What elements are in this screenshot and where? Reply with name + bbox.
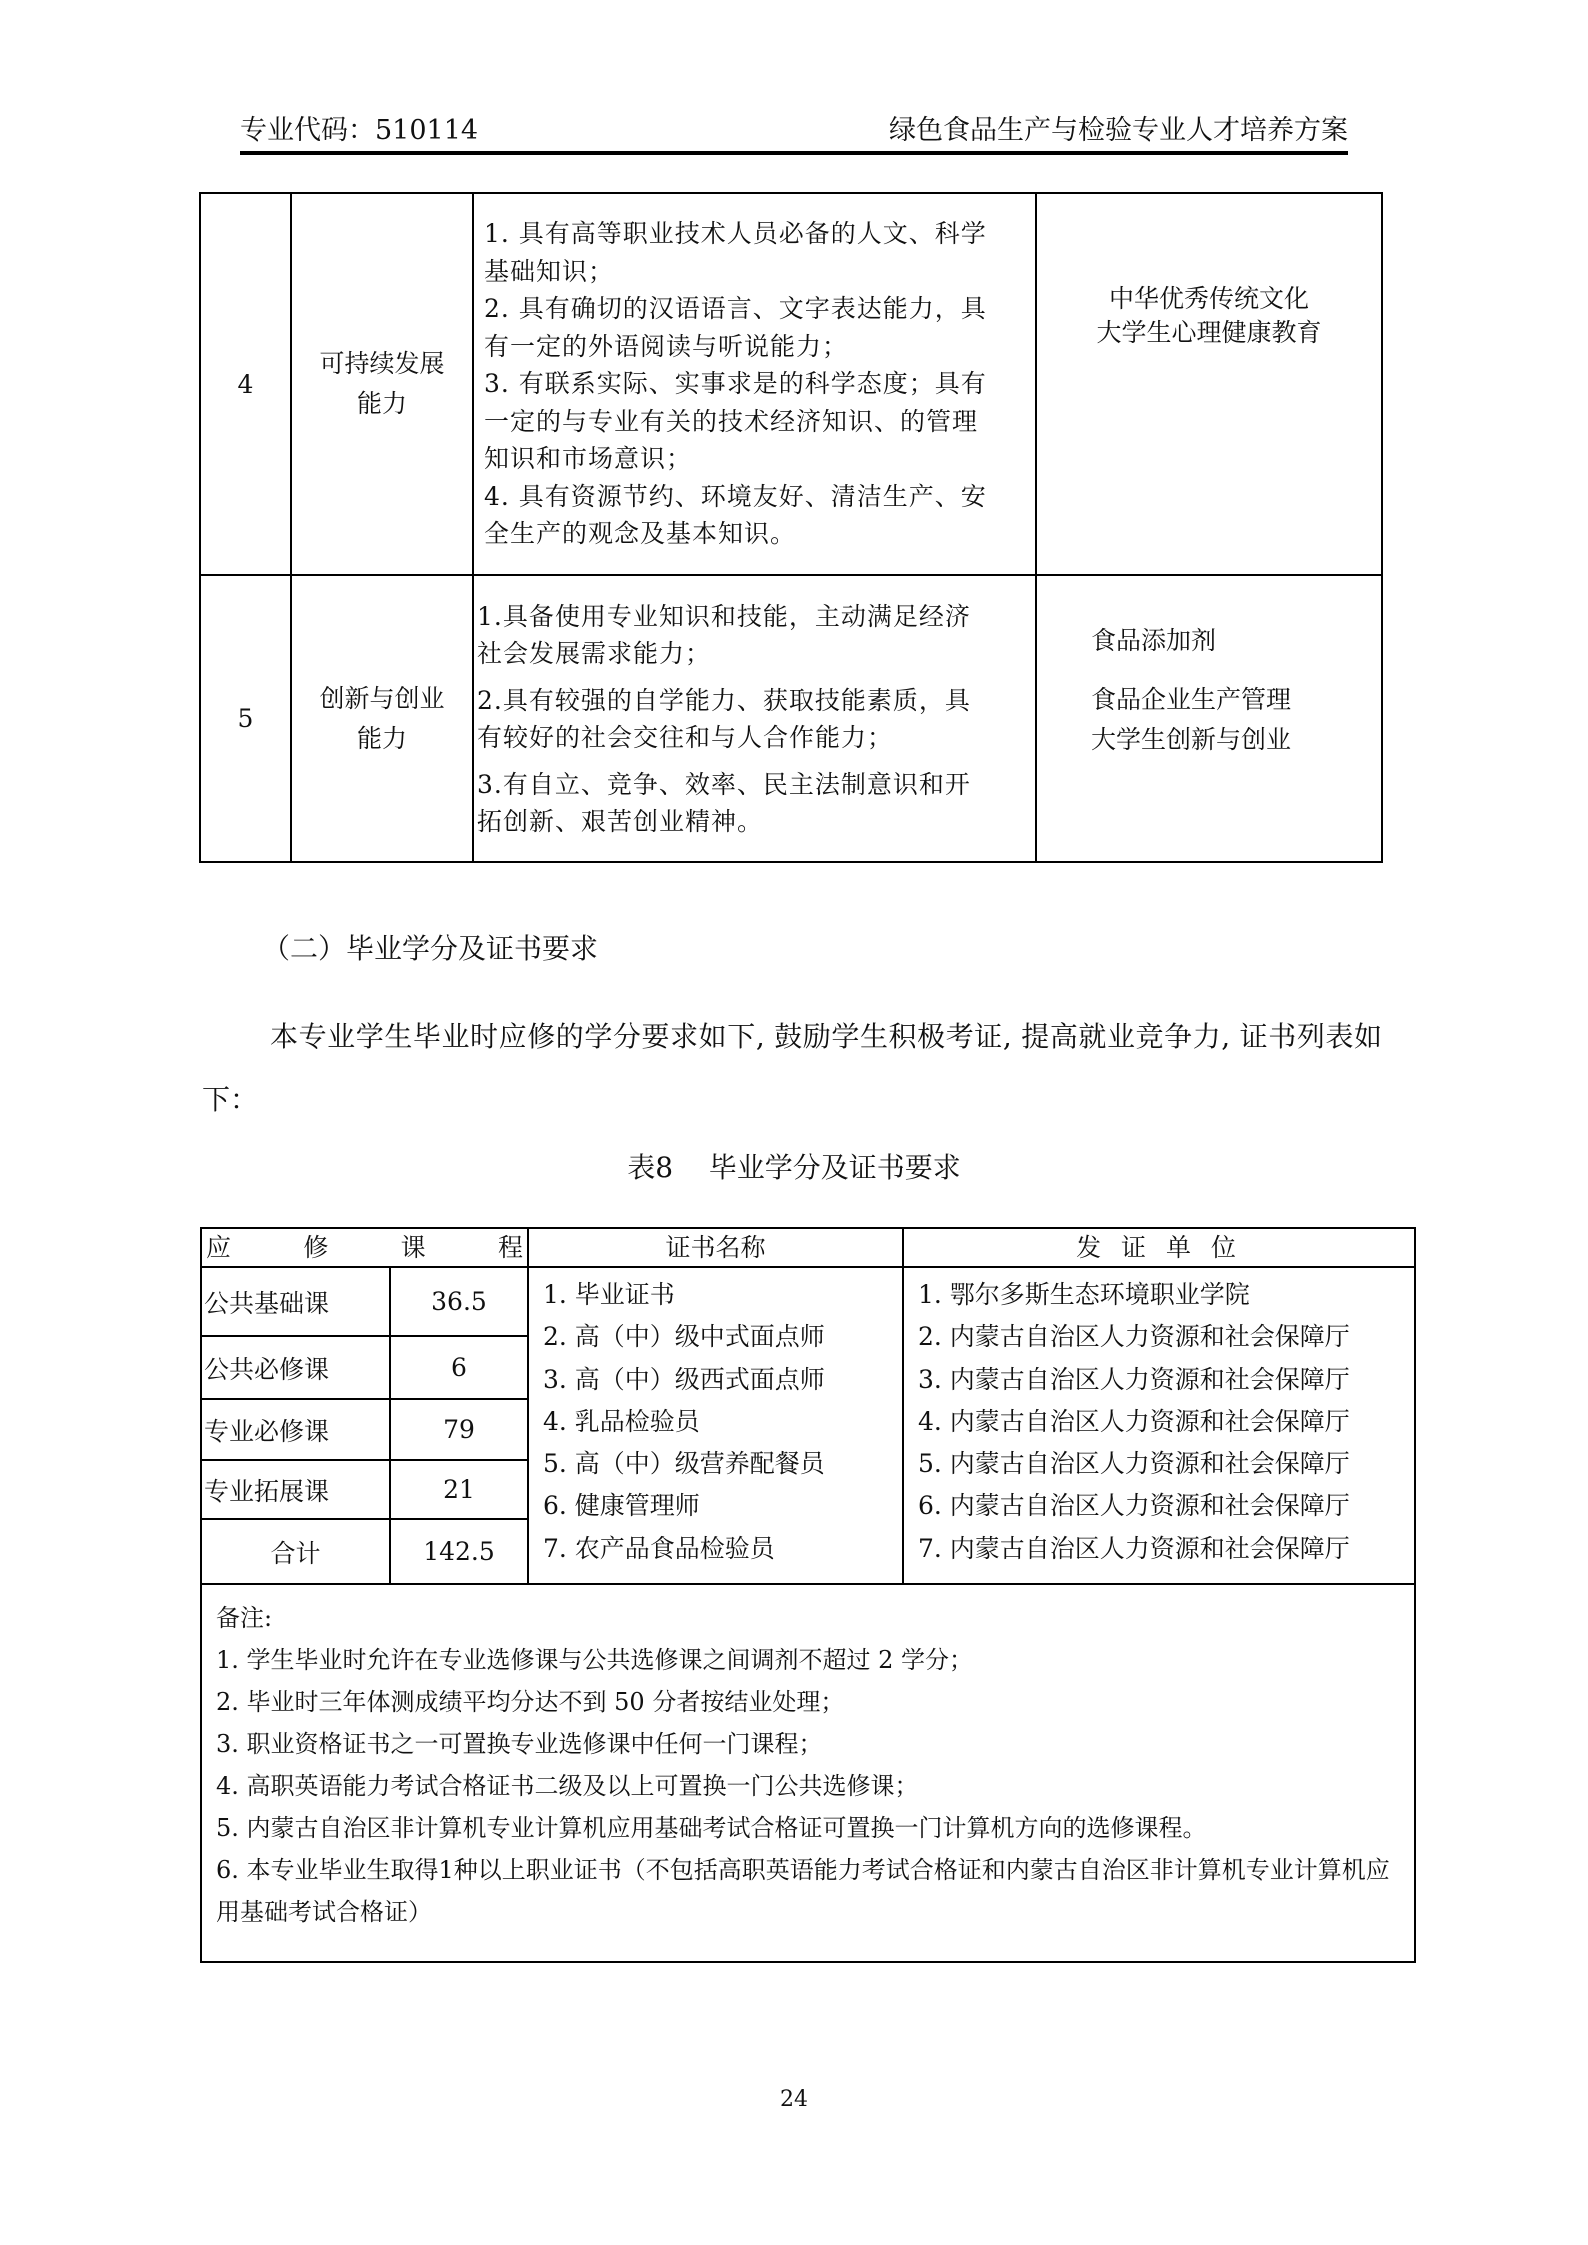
supporting-courses: 食品添加剂 食品企业生产管理 大学生创新与创业	[1036, 575, 1382, 862]
course-category: 专业拓展课	[201, 1460, 390, 1519]
issuer-item: 2. 内蒙古自治区人力资源和社会保障厅	[918, 1316, 1406, 1358]
issuer-item: 1. 鄂尔多斯生态环境职业学院	[918, 1274, 1406, 1316]
certificate-item: 7. 农产品食品检验员	[543, 1528, 894, 1570]
requirement-line: 有较好的社会交往和与人合作能力；	[477, 719, 1027, 756]
page-number: 24	[0, 2086, 1588, 2114]
notes-title: 备注:	[216, 1597, 1402, 1639]
spacer	[1091, 658, 1381, 680]
certificate-item: 1. 毕业证书	[543, 1274, 894, 1316]
ability-name-line: 可持续发展	[292, 344, 472, 384]
row-number: 5	[200, 575, 291, 862]
requirement-line: 全生产的观念及基本知识。	[484, 515, 1027, 553]
requirement-line: 2.具有较强的自学能力、获取技能素质，具	[477, 682, 1027, 719]
course-name: 食品添加剂	[1091, 624, 1381, 658]
note-item: 2. 毕业时三年体测成绩平均分达不到 50 分者按结业处理；	[216, 1681, 1402, 1723]
section-heading: （二）毕业学分及证书要求	[262, 928, 598, 970]
issuer-list: 1. 鄂尔多斯生态环境职业学院 2. 内蒙古自治区人力资源和社会保障厅 3. 内…	[903, 1267, 1415, 1584]
note-item: 5. 内蒙古自治区非计算机专业计算机应用基础考试合格证可置换一门计算机方向的选修…	[216, 1807, 1402, 1849]
course-name: 食品企业生产管理	[1091, 680, 1381, 720]
requirement-line: 基础知识；	[484, 253, 1027, 291]
course-category: 公共必修课	[201, 1336, 390, 1399]
certificate-item: 5. 高（中）级营养配餐员	[543, 1443, 894, 1485]
course-total-credits: 142.5	[390, 1519, 528, 1584]
table-caption: 表8 毕业学分及证书要求	[0, 1148, 1588, 1188]
course-category: 专业必修课	[201, 1399, 390, 1460]
ability-course-table: 4 可持续发展 能力 1. 具有高等职业技术人员必备的人文、科学 基础知识； 2…	[199, 192, 1383, 863]
header-issuer: 发 证 单 位	[903, 1228, 1415, 1267]
ability-name-line: 创新与创业	[292, 679, 472, 719]
requirement-line: 1. 具有高等职业技术人员必备的人文、科学	[484, 215, 1027, 253]
row-number: 4	[200, 193, 291, 575]
header-char: 程	[498, 1231, 523, 1265]
requirement-line: 知识和市场意识；	[484, 440, 1027, 478]
course-credits: 36.5	[390, 1267, 528, 1336]
certificate-item: 3. 高（中）级西式面点师	[543, 1359, 894, 1401]
requirement-line: 1.具备使用专业知识和技能，主动满足经济	[477, 598, 1027, 635]
note-item: 6. 本专业毕业生取得1种以上职业证书（不包括高职英语能力考试合格证和内蒙古自治…	[216, 1849, 1402, 1933]
table-row: 5 创新与创业 能力 1.具备使用专业知识和技能，主动满足经济 社会发展需求能力…	[200, 575, 1382, 862]
header-char: 课	[401, 1231, 426, 1265]
issuer-item: 5. 内蒙古自治区人力资源和社会保障厅	[918, 1443, 1406, 1485]
issuer-item: 7. 内蒙古自治区人力资源和社会保障厅	[918, 1528, 1406, 1570]
table-row: 公共基础课 36.5 1. 毕业证书 2. 高（中）级中式面点师 3. 高（中）…	[201, 1267, 1415, 1336]
ability-requirements: 1. 具有高等职业技术人员必备的人文、科学 基础知识； 2. 具有确切的汉语语言…	[473, 193, 1036, 575]
course-credits: 79	[390, 1399, 528, 1460]
issuer-item: 3. 内蒙古自治区人力资源和社会保障厅	[918, 1359, 1406, 1401]
requirement-line: 一定的与专业有关的技术经济知识、的管理	[484, 403, 1027, 441]
notes-cell: 备注: 1. 学生毕业时允许在专业选修课与公共选修课之间调剂不超过 2 学分； …	[201, 1584, 1415, 1962]
ability-name: 创新与创业 能力	[291, 575, 473, 862]
issuer-item: 4. 内蒙古自治区人力资源和社会保障厅	[918, 1401, 1406, 1443]
course-name: 中华优秀传统文化	[1037, 282, 1381, 316]
course-category: 公共基础课	[201, 1267, 390, 1336]
credits-certificate-table: 应 修 课 程 证书名称 发 证 单 位 公共基础课 36.5 1. 毕业证书 …	[200, 1227, 1416, 1963]
course-credits: 21	[390, 1460, 528, 1519]
header-char: 应	[206, 1231, 231, 1265]
note-item: 1. 学生毕业时允许在专业选修课与公共选修课之间调剂不超过 2 学分；	[216, 1639, 1402, 1681]
table-header-row: 应 修 课 程 证书名称 发 证 单 位	[201, 1228, 1415, 1267]
course-name: 大学生心理健康教育	[1037, 316, 1381, 350]
course-total-label: 合计	[201, 1519, 390, 1584]
header-document-title: 绿色食品生产与检验专业人才培养方案	[889, 113, 1348, 149]
header-certificate-name: 证书名称	[528, 1228, 903, 1267]
table-row: 4 可持续发展 能力 1. 具有高等职业技术人员必备的人文、科学 基础知识； 2…	[200, 193, 1382, 575]
certificate-item: 4. 乳品检验员	[543, 1401, 894, 1443]
issuer-item: 6. 内蒙古自治区人力资源和社会保障厅	[918, 1485, 1406, 1527]
requirement-line: 4. 具有资源节约、环境友好、清洁生产、安	[484, 478, 1027, 516]
requirement-line: 3. 有联系实际、实事求是的科学态度；具有	[484, 365, 1027, 403]
requirement-line: 拓创新、艰苦创业精神。	[477, 803, 1027, 840]
certificate-item: 6. 健康管理师	[543, 1485, 894, 1527]
ability-name: 可持续发展 能力	[291, 193, 473, 575]
certificate-item: 2. 高（中）级中式面点师	[543, 1316, 894, 1358]
notes-row: 备注: 1. 学生毕业时允许在专业选修课与公共选修课之间调剂不超过 2 学分； …	[201, 1584, 1415, 1962]
ability-name-line: 能力	[292, 719, 472, 759]
note-item: 3. 职业资格证书之一可置换专业选修课中任何一门课程；	[216, 1723, 1402, 1765]
certificate-list: 1. 毕业证书 2. 高（中）级中式面点师 3. 高（中）级西式面点师 4. 乳…	[528, 1267, 903, 1584]
course-name: 大学生创新与创业	[1091, 720, 1381, 760]
requirement-line: 社会发展需求能力；	[477, 635, 1027, 672]
header-required-courses: 应 修 课 程	[201, 1228, 528, 1267]
requirement-line: 2. 具有确切的汉语语言、文字表达能力，具	[484, 290, 1027, 328]
header-char: 修	[303, 1231, 328, 1265]
ability-requirements: 1.具备使用专业知识和技能，主动满足经济 社会发展需求能力； 2.具有较强的自学…	[473, 575, 1036, 862]
section-paragraph: 本专业学生毕业时应修的学分要求如下, 鼓励学生积极考证, 提高就业竞争力, 证书…	[202, 1005, 1382, 1131]
header-major-code: 专业代码：510114	[240, 113, 478, 149]
ability-name-line: 能力	[292, 384, 472, 424]
note-item: 4. 高职英语能力考试合格证书二级及以上可置换一门公共选修课；	[216, 1765, 1402, 1807]
course-credits: 6	[390, 1336, 528, 1399]
requirement-line: 3.有自立、竞争、效率、民主法制意识和开	[477, 766, 1027, 803]
supporting-courses: 中华优秀传统文化 大学生心理健康教育	[1036, 193, 1382, 575]
header-rule	[240, 151, 1348, 155]
requirement-line: 有一定的外语阅读与听说能力；	[484, 328, 1027, 366]
